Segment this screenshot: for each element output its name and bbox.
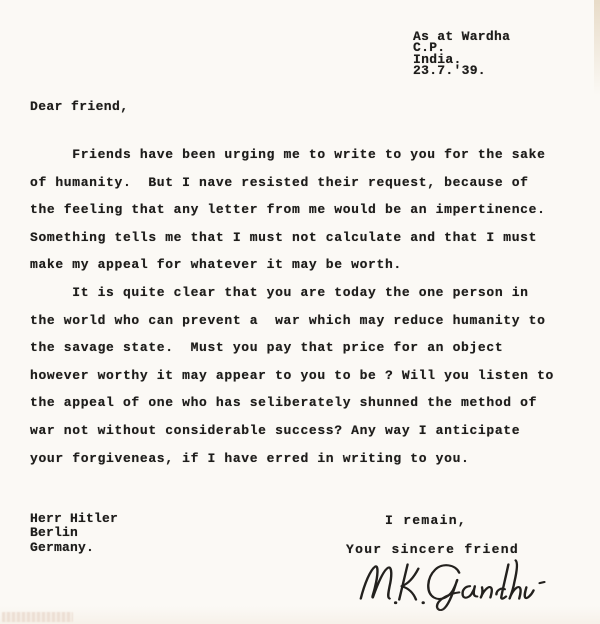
body-line: Friends have been urging me to write to …	[30, 141, 554, 169]
body-line: your forgiveneas, if I have erred in wri…	[30, 445, 554, 473]
body-line: the savage state. Must you pay that pric…	[30, 334, 554, 362]
recipient-address-block: Herr HitlerBerlinGermany.	[30, 512, 118, 555]
body-line: the world who can prevent a war which ma…	[30, 307, 554, 335]
recipient-address-line: Berlin	[30, 526, 118, 540]
scan-edge-artifact	[594, 0, 600, 95]
body-line: Something tells me that I must not calcu…	[30, 224, 554, 252]
body-line: make my appeal for whatever it may be wo…	[30, 251, 554, 279]
salutation: Dear friend,	[30, 99, 128, 114]
recipient-address-line: Herr Hitler	[30, 512, 118, 526]
body-line: of humanity. But I nave resisted their r…	[30, 169, 554, 197]
letter-page: As at WardhaC.P.India.23.7.'39. Dear fri…	[0, 0, 600, 624]
recipient-address-line: Germany.	[30, 541, 118, 555]
body-line: the feeling that any letter from me woul…	[30, 196, 554, 224]
gandhi-signature	[356, 551, 554, 611]
closing-line-1: I remain,	[385, 513, 467, 528]
sender-address-line: 23.7.'39.	[413, 65, 510, 76]
body-line: the appeal of one who has seliberately s…	[30, 389, 554, 417]
letter-body: Friends have been urging me to write to …	[30, 141, 554, 472]
body-line: however worthy it may appear to you to b…	[30, 362, 554, 390]
photo-credit-watermark	[2, 612, 73, 622]
body-line: It is quite clear that you are today the…	[30, 279, 554, 307]
body-line: war not without considerable success? An…	[30, 417, 554, 445]
sender-address-block: As at WardhaC.P.India.23.7.'39.	[413, 31, 510, 76]
